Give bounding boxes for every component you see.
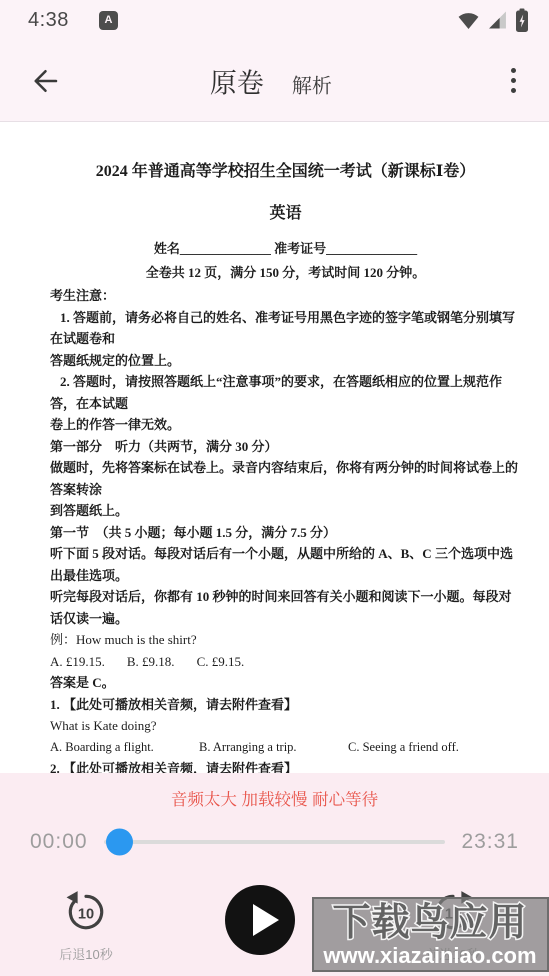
rewind-10-icon: 10 (63, 889, 109, 935)
exam-title: 2024 年普通高等学校招生全国统一考试（新课标Ⅰ卷） (50, 162, 521, 182)
question-1-options: A. Boarding a flight. B. Arranging a tri… (50, 737, 521, 759)
tab-original-paper[interactable]: 原卷 (210, 61, 264, 100)
exam-subject: 英语 (50, 204, 521, 224)
rewind-10-value: 10 (78, 906, 94, 922)
notice-2-line-1: 2. 答题时，请按照答题纸上“注意事项”的要求，在答题纸相应的位置上规范作答，在… (50, 371, 521, 414)
exam-name-line: 姓名______________ 准考证号______________ (50, 238, 521, 260)
status-icons (457, 8, 529, 33)
site-watermark: 下载鸟应用 www.xiazainiao.com (312, 897, 549, 972)
question-1-option-a: A. Boarding a flight. (50, 737, 199, 759)
notice-1-line-1: 1. 答题前，请务必将自己的姓名、准考证号用黑色字迹的签字笔或钢笔分别填写在试题… (50, 307, 521, 350)
example-option-b: B. £9.18. (127, 654, 175, 669)
example-question: 例：How much is the shirt? (50, 629, 521, 651)
app-screen: 4:38 A 原卷 解析 2024 年普通高 (0, 0, 549, 976)
section1-note-line-2: 听完每段对话后，你都有 10 秒钟的时间来回答有关小题和阅读下一小题。每段对话仅… (50, 586, 521, 629)
question-2-audio-note: 2. 【此处可播放相关音频，请去附件查看】 (50, 758, 521, 773)
example-option-c: C. £9.15. (197, 654, 245, 669)
part1-note-line-2: 到答题纸上。 (50, 500, 521, 522)
battery-charging-icon (515, 8, 529, 33)
exam-document-view[interactable]: 2024 年普通高等学校招生全国统一考试（新课标Ⅰ卷） 英语 姓名_______… (0, 122, 549, 773)
notice-2-line-2: 卷上的作答一律无效。 (50, 414, 521, 436)
question-1-option-c: C. Seeing a friend off. (348, 737, 521, 759)
play-button[interactable] (225, 885, 295, 955)
example-option-a: A. £19.15. (50, 654, 105, 669)
total-duration: 23:31 (461, 830, 519, 854)
elapsed-time: 00:00 (30, 830, 88, 854)
example-options: A. £19.15.B. £9.18.C. £9.15. (50, 651, 521, 673)
exam-info-line: 全卷共 12 页，满分 150 分，考试时间 120 分钟。 (50, 262, 521, 284)
back-arrow-icon[interactable] (26, 63, 62, 99)
audio-loading-notice: 音频太大 加载较慢 耐心等待 (0, 773, 549, 810)
audio-player-panel: 音频太大 加载较慢 耐心等待 00:00 23:31 10 后退10秒 (0, 773, 549, 976)
rewind-10s-label: 后退10秒 (50, 944, 122, 963)
question-1-text: What is Kate doing? (50, 715, 521, 737)
seek-track[interactable] (104, 840, 446, 844)
seek-row: 00:00 23:31 (0, 827, 549, 857)
section1-heading: 第一节 （共 5 小题；每小题 1.5 分，满分 7.5 分） (50, 522, 521, 544)
status-bar: 4:38 A (0, 0, 549, 40)
question-1-audio-note: 1. 【此处可播放相关音频，请去附件查看】 (50, 694, 521, 716)
rewind-10s-button[interactable]: 10 后退10秒 (50, 889, 122, 963)
part1-heading: 第一部分 听力（共两节，满分 30 分） (50, 436, 521, 458)
wifi-icon (457, 11, 480, 30)
tab-analysis[interactable]: 解析 (292, 69, 332, 98)
clock: 4:38 (28, 9, 69, 32)
notice-heading: 考生注意： (50, 285, 521, 307)
notice-1-line-2: 答题纸规定的位置上。 (50, 350, 521, 372)
watermark-name: 下载鸟应用 (332, 902, 527, 944)
part1-note-line-1: 做题时，先将答案标在试卷上。录音内容结束后，你将有两分钟的时间将试卷上的答案转涂 (50, 457, 521, 500)
tab-bar: 原卷 解析 (210, 61, 332, 100)
question-1-option-b: B. Arranging a trip. (199, 737, 348, 759)
example-answer: 答案是 C。 (50, 672, 521, 694)
watermark-url: www.xiazainiao.com (322, 943, 536, 968)
seek-slider[interactable] (104, 827, 446, 857)
cellular-signal-icon (488, 11, 507, 29)
app-bar: 原卷 解析 (0, 40, 549, 122)
section1-note-line-1: 听下面 5 段对话。每段对话后有一个小题，从题中所给的 A、B、C 三个选项中选… (50, 543, 521, 586)
play-icon (225, 885, 295, 955)
seek-thumb[interactable] (106, 829, 133, 856)
overflow-menu-icon[interactable] (501, 64, 525, 98)
notification-app-icon: A (99, 11, 118, 30)
